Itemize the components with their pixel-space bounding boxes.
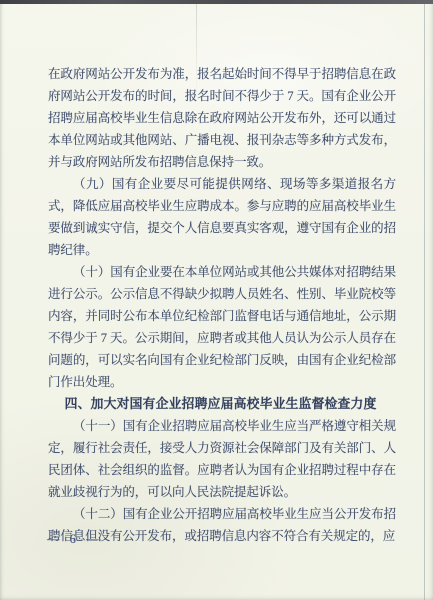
document-page: 在政府网站公开发布为准，报名起始时间不得早于招聘信息在政府网站公开发布的时间，报…	[0, 0, 433, 600]
page-content: 在政府网站公开发布为准，报名起始时间不得早于招聘信息在政府网站公开发布的时间，报…	[48, 63, 396, 547]
section-heading: 四、加大对国有企业招聘应届高校毕业生监督检查力度	[48, 393, 396, 415]
scan-top-edge-artifact	[0, 0, 433, 4]
body-paragraph-item-9: （九）国有企业要尽可能提供网络、现场等多渠道报名方式，降低应届高校毕业生应聘成本…	[48, 173, 396, 261]
body-paragraph-item-10: （十）国有企业要在本单位网站或其他公共媒体对招聘结果进行公示。公示信息不得缺少拟…	[48, 261, 396, 393]
scan-right-edge-artifact	[424, 4, 425, 600]
body-paragraph-continuation: 在政府网站公开发布为准，报名起始时间不得早于招聘信息在政府网站公开发布的时间，报…	[48, 63, 396, 173]
page-number: — 6 —	[47, 532, 102, 547]
body-paragraph-item-11: （十一）国有企业招聘应届高校毕业生应当严格遵守相关规定，履行社会责任，接受人力资…	[48, 415, 396, 503]
